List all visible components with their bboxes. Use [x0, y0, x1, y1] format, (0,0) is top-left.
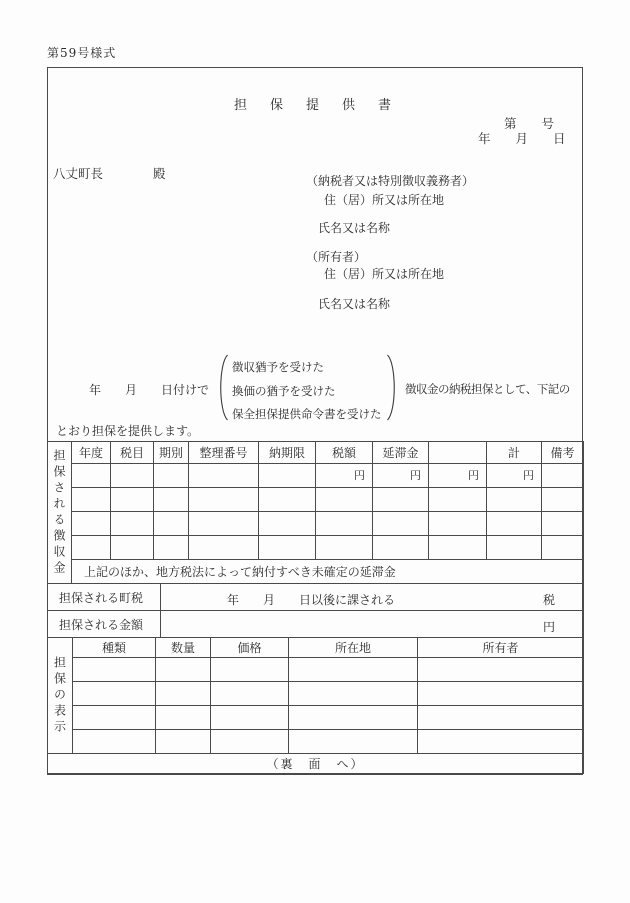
table-cell	[316, 488, 373, 512]
table-cell	[418, 730, 584, 754]
table-cell	[373, 512, 429, 536]
col-header-total: 計	[487, 442, 542, 464]
table-cell	[418, 658, 584, 682]
table-cell	[156, 730, 211, 754]
table-cell	[289, 730, 418, 754]
declaration-line2: とおり担保を提供します。	[56, 422, 199, 439]
owner-name-label: 氏名又は名称	[318, 295, 390, 312]
document-date-line: 年 月 日	[478, 129, 566, 147]
col-header-kind: 種類	[73, 638, 156, 658]
secured-amount-row-label: 担保される金額	[48, 611, 161, 638]
table-cell	[429, 536, 487, 560]
col-header-owner: 所有者	[418, 638, 584, 658]
table-cell	[154, 464, 189, 488]
table-cell	[72, 512, 111, 536]
table-cell	[259, 536, 316, 560]
table-cell	[487, 536, 542, 560]
declaration-options: 徴収猶予を受けた 換価の猶予を受けた 保全担保提供命令書を受けた	[232, 356, 382, 427]
table-cell	[373, 488, 429, 512]
owner-heading: （所有者）	[306, 248, 366, 265]
secured-collections-table: 担保される徴収金 年度 税目 期別 整理番号 納期限 税額 延滞金 計 備考 円…	[47, 441, 584, 584]
col-header-remarks: 備考	[542, 442, 584, 464]
taxpayer-heading: （納税者又は特別徴収義務者）	[306, 172, 474, 189]
table-cell	[487, 488, 542, 512]
secured-amount-content-cell: 円	[161, 611, 584, 638]
left-bracket	[214, 354, 229, 421]
table-cell	[189, 512, 259, 536]
table-cell	[259, 512, 316, 536]
secured-collections-row-label: 担保される徴収金	[48, 442, 72, 584]
table-cell	[73, 682, 156, 706]
secured-town-tax-table: 担保される町税 年 月 日以後に課される 税 担保される金額 円	[47, 583, 584, 638]
table-cell	[72, 536, 111, 560]
col-header-tax-amount: 税額	[316, 442, 373, 464]
table-cell	[154, 536, 189, 560]
table-cell	[211, 730, 289, 754]
col-header-location: 所在地	[289, 638, 418, 658]
table-cell	[111, 512, 154, 536]
yen-unit-cell: 円	[316, 464, 373, 488]
yen-unit-cell: 円	[429, 464, 487, 488]
table-cell	[418, 706, 584, 730]
table-cell	[542, 488, 584, 512]
table-cell	[189, 488, 259, 512]
table-cell	[289, 706, 418, 730]
table-cell	[156, 706, 211, 730]
form-title: 担保提供書	[234, 94, 414, 113]
table-cell	[542, 512, 584, 536]
form-page: 第59号様式 担保提供書 第 号 年 月 日 八丈町長殿 （納税者又は特別徴収義…	[0, 0, 630, 903]
col-header-price: 価格	[211, 638, 289, 658]
reverse-side-note: （裏 面 へ）	[48, 754, 584, 774]
table-cell	[211, 706, 289, 730]
table-cell	[542, 536, 584, 560]
table-cell	[154, 512, 189, 536]
unconfirmed-late-fee-note: 上記のほか、地方税法によって納付すべき未確定の延滞金	[72, 560, 584, 584]
table-cell	[373, 536, 429, 560]
table-cell	[72, 488, 111, 512]
table-cell	[429, 512, 487, 536]
option-line: 徴収猶予を受けた	[232, 356, 382, 380]
declaration-suffix: 徴収金の納税担保として、下記の	[405, 381, 570, 397]
taxpayer-address-label: 住（居）所又は所在地	[324, 191, 444, 208]
col-header-due-date: 納期限	[259, 442, 316, 464]
table-cell	[189, 536, 259, 560]
table-cell	[487, 512, 542, 536]
table-cell	[73, 658, 156, 682]
table-cell	[189, 464, 259, 488]
col-header-blank	[429, 442, 487, 464]
col-header-reference-number: 整理番号	[189, 442, 259, 464]
col-header-quantity: 数量	[156, 638, 211, 658]
table-cell	[542, 464, 584, 488]
table-cell	[316, 536, 373, 560]
town-tax-suffix: 税	[543, 591, 555, 608]
owner-address-label: 住（居）所又は所在地	[324, 265, 444, 282]
col-header-period: 期別	[154, 442, 189, 464]
table-cell	[289, 658, 418, 682]
table-cell	[72, 464, 111, 488]
option-line: 換価の猶予を受けた	[232, 380, 382, 404]
town-tax-row-label: 担保される町税	[48, 584, 161, 611]
right-bracket	[386, 354, 401, 421]
table-cell	[259, 464, 316, 488]
table-cell	[418, 682, 584, 706]
addressee-name: 八丈町長	[53, 166, 103, 181]
addressee-line: 八丈町長殿	[53, 164, 166, 182]
table-cell	[156, 682, 211, 706]
addressee-honorific: 殿	[153, 166, 166, 181]
table-cell	[289, 682, 418, 706]
town-tax-content-cell: 年 月 日以後に課される 税	[161, 584, 584, 611]
option-line: 保全担保提供命令書を受けた	[232, 403, 382, 427]
secured-amount-unit: 円	[543, 618, 555, 635]
table-cell	[111, 464, 154, 488]
town-tax-date-text: 年 月 日以後に課される	[227, 591, 395, 608]
table-cell	[211, 682, 289, 706]
col-header-late-fee: 延滞金	[373, 442, 429, 464]
declaration-date-prefix: 年 月 日付けで	[89, 381, 209, 398]
table-cell	[73, 706, 156, 730]
table-cell	[259, 488, 316, 512]
table-cell	[111, 536, 154, 560]
form-border-box: 担保提供書 第 号 年 月 日 八丈町長殿 （納税者又は特別徴収義務者） 住（居…	[47, 67, 583, 775]
collateral-description-table: 担保の表示 種類 数量 価格 所在地 所有者	[47, 637, 584, 774]
table-cell	[429, 488, 487, 512]
table-cell	[73, 730, 156, 754]
table-cell	[211, 658, 289, 682]
yen-unit-cell: 円	[373, 464, 429, 488]
col-header-tax-item: 税目	[111, 442, 154, 464]
taxpayer-name-label: 氏名又は名称	[318, 219, 390, 236]
yen-unit-cell: 円	[487, 464, 542, 488]
table-cell	[156, 658, 211, 682]
table-cell	[316, 512, 373, 536]
table-cell	[111, 488, 154, 512]
col-header-year: 年度	[72, 442, 111, 464]
form-number: 第59号様式	[47, 44, 116, 61]
collateral-row-label: 担保の表示	[48, 638, 73, 754]
table-cell	[154, 488, 189, 512]
